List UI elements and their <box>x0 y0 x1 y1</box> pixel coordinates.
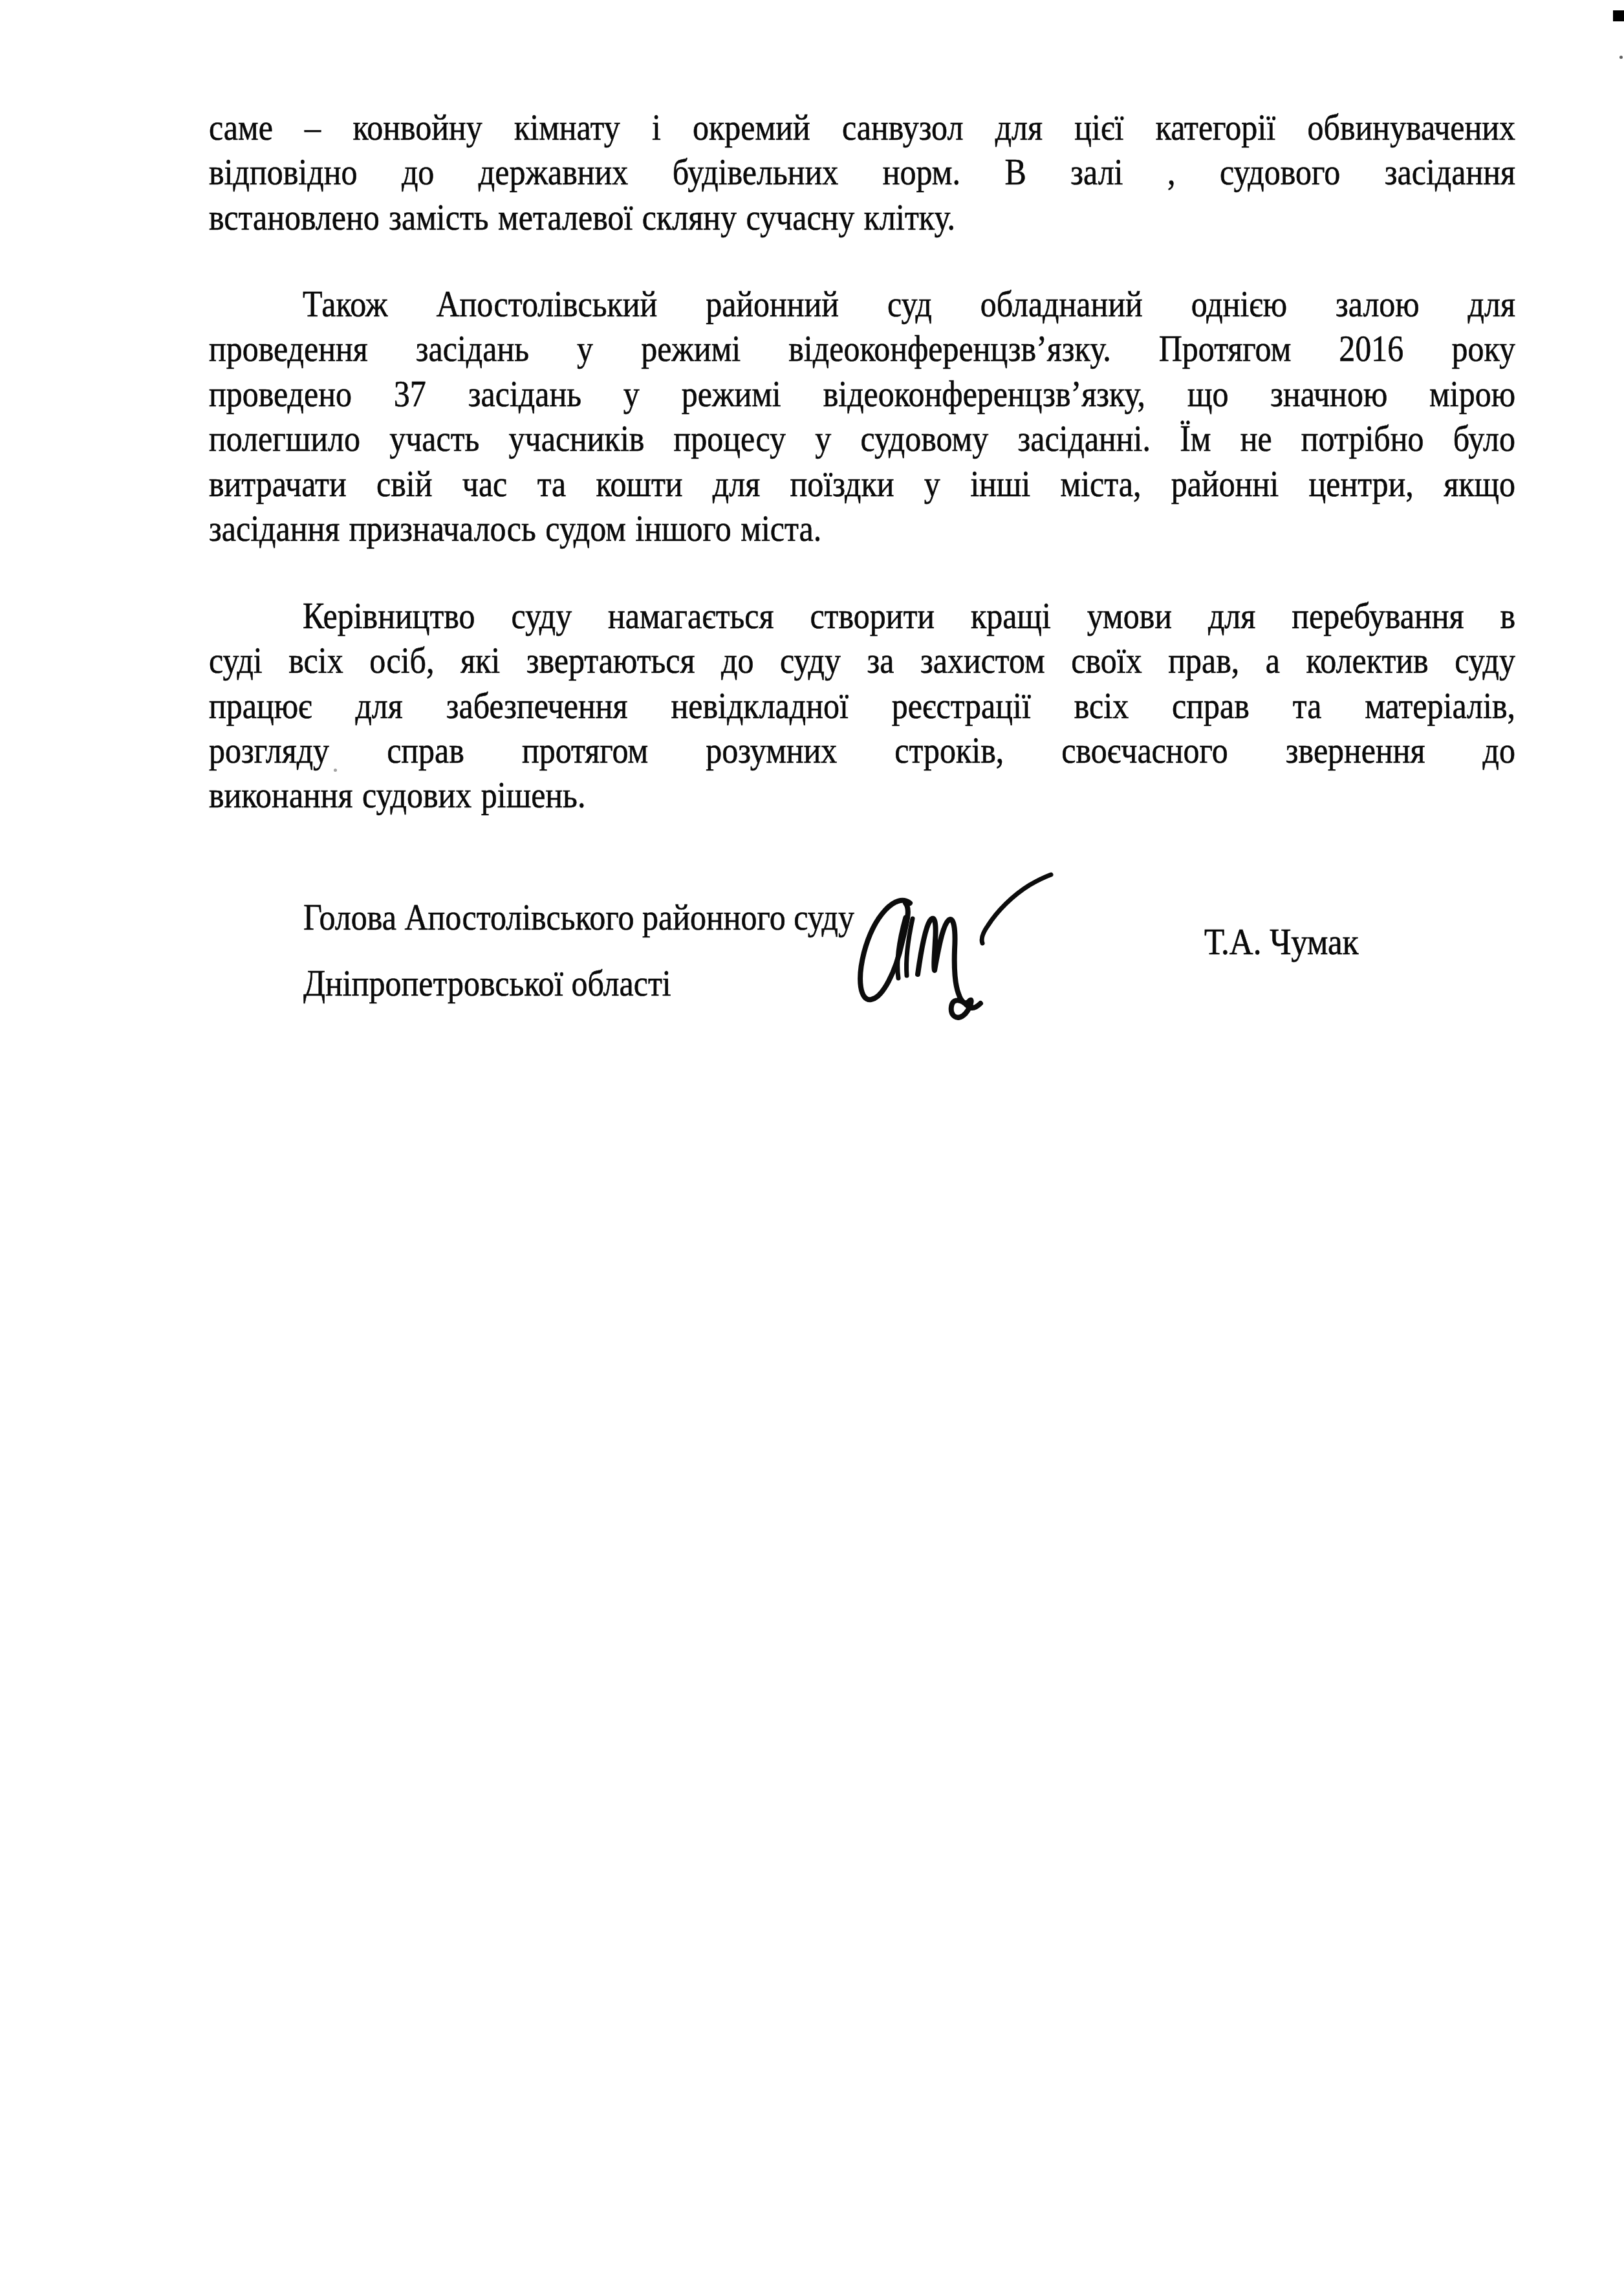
text-line: витрачати свій час та кошти для поїздки … <box>209 461 1515 506</box>
text-line: працює для забезпечення невідкладної реє… <box>209 683 1515 728</box>
text-line: суді всіх осіб, які звертаються до суду … <box>209 638 1515 683</box>
text-line: виконання судових рішень. <box>209 773 1515 818</box>
paragraph: Керівництво суду намагається створити кр… <box>209 593 1515 818</box>
handwritten-signature <box>831 855 1077 1030</box>
text-line: засідання призначалось судом іншого міст… <box>209 506 1515 551</box>
text-line: саме – конвойну кімнату і окремий санвуз… <box>209 105 1515 149</box>
text-line: розгляду справ протягом розумних строків… <box>209 728 1515 772</box>
text-line: проведення засідань у режимі відеоконфер… <box>209 327 1515 371</box>
scan-noise-dot <box>1619 56 1623 59</box>
paragraph: саме – конвойну кімнату і окремий санвуз… <box>209 105 1515 239</box>
paragraph: Також Апостолівський районний суд обладн… <box>209 281 1515 551</box>
body-text: саме – конвойну кімнату і окремий санвуз… <box>209 105 1515 818</box>
text-line: відповідно до державних будівельних норм… <box>209 149 1515 194</box>
text-line: Керівництво суду намагається створити кр… <box>209 593 1515 638</box>
text-line: проведено 37 засідань у режимі відеоконф… <box>209 371 1515 416</box>
text-line: встановлено замість металевої скляну суч… <box>209 195 1515 239</box>
scan-corner-artifact <box>1613 10 1624 21</box>
text-line: полегшило участь учасників процесу у суд… <box>209 417 1515 461</box>
text-line: Також Апостолівський районний суд обладн… <box>209 281 1515 326</box>
scanned-document-page: саме – конвойну кімнату і окремий санвуз… <box>0 0 1624 2283</box>
signer-name: Т.А. Чумак <box>1204 922 1358 964</box>
